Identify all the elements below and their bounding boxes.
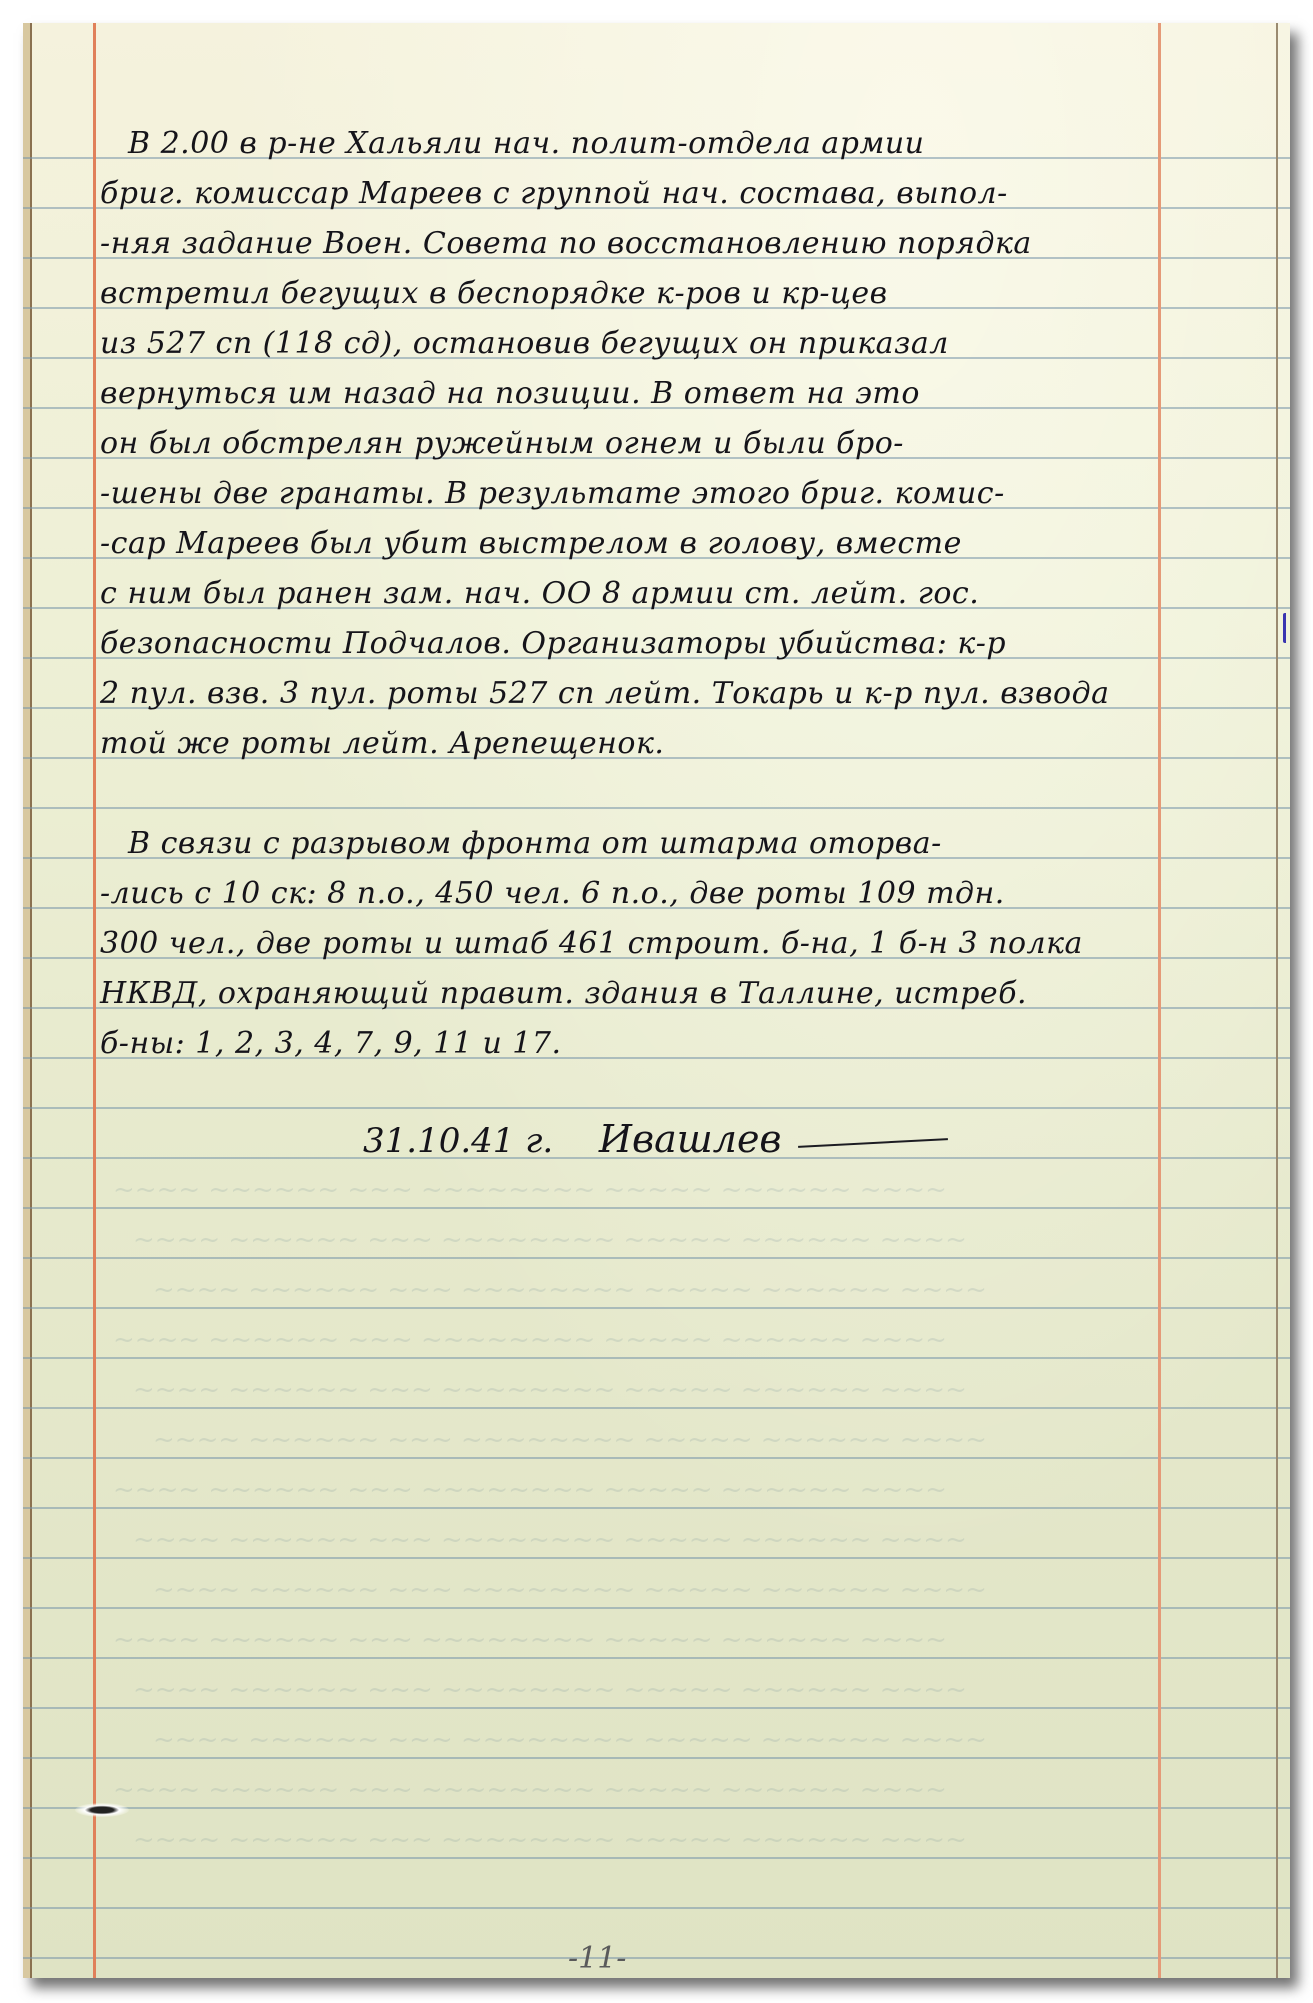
signature-block: 31.10.41 г. Ивашлев <box>363 1117 948 1161</box>
ruled-line <box>23 1107 1290 1109</box>
handwritten-line: безопасности Подчалов. Организаторы убий… <box>100 629 1006 659</box>
handwritten-line: с ним был ранен зам. нач. ОО 8 армии ст.… <box>100 579 979 609</box>
handwritten-line: -лись с 10 ск: 8 п.о., 450 чел. 6 п.о., … <box>100 879 1005 909</box>
ruled-line <box>23 1757 1290 1759</box>
ruled-line <box>23 1957 1290 1959</box>
notebook-page: ~~~~ ~~~~~~ ~~~ ~~~~~~~~ ~~~~~ ~~~~~~ ~~… <box>23 23 1290 1978</box>
bleed-through-line: ~~~~ ~~~~~~ ~~~ ~~~~~~~~ ~~~~~ ~~~~~~ ~~… <box>113 1475 947 1505</box>
handwritten-line: той же роты лейт. Арепещенок. <box>100 729 664 759</box>
bleed-through-line: ~~~~ ~~~~~~ ~~~ ~~~~~~~~ ~~~~~ ~~~~~~ ~~… <box>133 1225 967 1255</box>
right-margin-line <box>1158 23 1161 1978</box>
bleed-through-line: ~~~~ ~~~~~~ ~~~ ~~~~~~~~ ~~~~~ ~~~~~~ ~~… <box>113 1175 947 1205</box>
bleed-through-line: ~~~~ ~~~~~~ ~~~ ~~~~~~~~ ~~~~~ ~~~~~~ ~~… <box>153 1275 987 1305</box>
ruled-line <box>23 1557 1290 1559</box>
ruled-line <box>23 1857 1290 1859</box>
date: 31.10.41 г. <box>363 1121 553 1161</box>
handwritten-line: вернуться им назад на позиции. В ответ н… <box>100 379 920 409</box>
bleed-through-line: ~~~~ ~~~~~~ ~~~ ~~~~~~~~ ~~~~~ ~~~~~~ ~~… <box>133 1675 967 1705</box>
signature-flourish <box>798 1138 948 1148</box>
bleed-through-line: ~~~~ ~~~~~~ ~~~ ~~~~~~~~ ~~~~~ ~~~~~~ ~~… <box>113 1775 947 1805</box>
ruled-line <box>23 1607 1290 1609</box>
ruled-line <box>23 1407 1290 1409</box>
ruled-line <box>23 1907 1290 1909</box>
handwritten-line: -шены две гранаты. В результате этого бр… <box>100 479 1005 509</box>
left-margin-line <box>93 23 96 1978</box>
ruled-line <box>23 1357 1290 1359</box>
handwritten-line: он был обстрелян ружейным огнем и были б… <box>100 429 904 459</box>
handwritten-line: 300 чел., две роты и штаб 461 строит. б-… <box>100 929 1083 959</box>
bleed-through-line: ~~~~ ~~~~~~ ~~~ ~~~~~~~~ ~~~~~ ~~~~~~ ~~… <box>133 1525 967 1555</box>
bleed-through-line: ~~~~ ~~~~~~ ~~~ ~~~~~~~~ ~~~~~ ~~~~~~ ~~… <box>133 1825 967 1855</box>
ruled-line <box>23 1457 1290 1459</box>
ruled-line <box>23 1707 1290 1709</box>
bleed-through-line: ~~~~ ~~~~~~ ~~~ ~~~~~~~~ ~~~~~ ~~~~~~ ~~… <box>153 1425 987 1455</box>
bleed-through-line: ~~~~ ~~~~~~ ~~~ ~~~~~~~~ ~~~~~ ~~~~~~ ~~… <box>153 1725 987 1755</box>
ruled-line <box>23 1207 1290 1209</box>
handwritten-line: -няя задание Воен. Совета по восстановле… <box>100 229 1032 259</box>
handwritten-line: -сар Мареев был убит выстрелом в голову,… <box>100 529 962 559</box>
ink-mark-icon <box>1283 613 1290 643</box>
page-number: -11- <box>568 1941 626 1976</box>
bleed-through-line: ~~~~ ~~~~~~ ~~~ ~~~~~~~~ ~~~~~ ~~~~~~ ~~… <box>153 1575 987 1605</box>
handwritten-line: В 2.00 в р-не Хальяли нач. полит-отдела … <box>128 129 924 159</box>
handwritten-line: бриг. комиссар Мареев с группой нач. сос… <box>100 179 1008 209</box>
handwritten-line: В связи с разрывом фронта от штарма отор… <box>128 829 942 859</box>
handwritten-line: 2 пул. взв. 3 пул. роты 527 сп лейт. Ток… <box>100 679 1109 709</box>
signature: Ивашлев <box>599 1117 782 1161</box>
ruled-line <box>23 1257 1290 1259</box>
handwritten-line: встретил бегущих в беспорядке к-ров и кр… <box>100 279 888 309</box>
handwritten-line: НКВД, охраняющий правит. здания в Таллин… <box>100 979 1027 1009</box>
bleed-through-line: ~~~~ ~~~~~~ ~~~ ~~~~~~~~ ~~~~~ ~~~~~~ ~~… <box>113 1625 947 1655</box>
handwritten-line: из 527 сп (118 сд), остановив бегущих он… <box>100 329 949 359</box>
ruled-line <box>23 1307 1290 1309</box>
ruled-line <box>23 1507 1290 1509</box>
bleed-through-line: ~~~~ ~~~~~~ ~~~ ~~~~~~~~ ~~~~~ ~~~~~~ ~~… <box>113 1325 947 1355</box>
ruled-line <box>23 1657 1290 1659</box>
ruled-line <box>23 1807 1290 1809</box>
ruled-line <box>23 807 1290 809</box>
page-right-edge-line <box>1276 23 1278 1978</box>
page-left-edge-line <box>30 23 32 1978</box>
bleed-through-line: ~~~~ ~~~~~~ ~~~ ~~~~~~~~ ~~~~~ ~~~~~~ ~~… <box>133 1375 967 1405</box>
staple-hole-icon <box>75 1803 129 1817</box>
handwritten-line: б-ны: 1, 2, 3, 4, 7, 9, 11 и 17. <box>100 1029 562 1059</box>
